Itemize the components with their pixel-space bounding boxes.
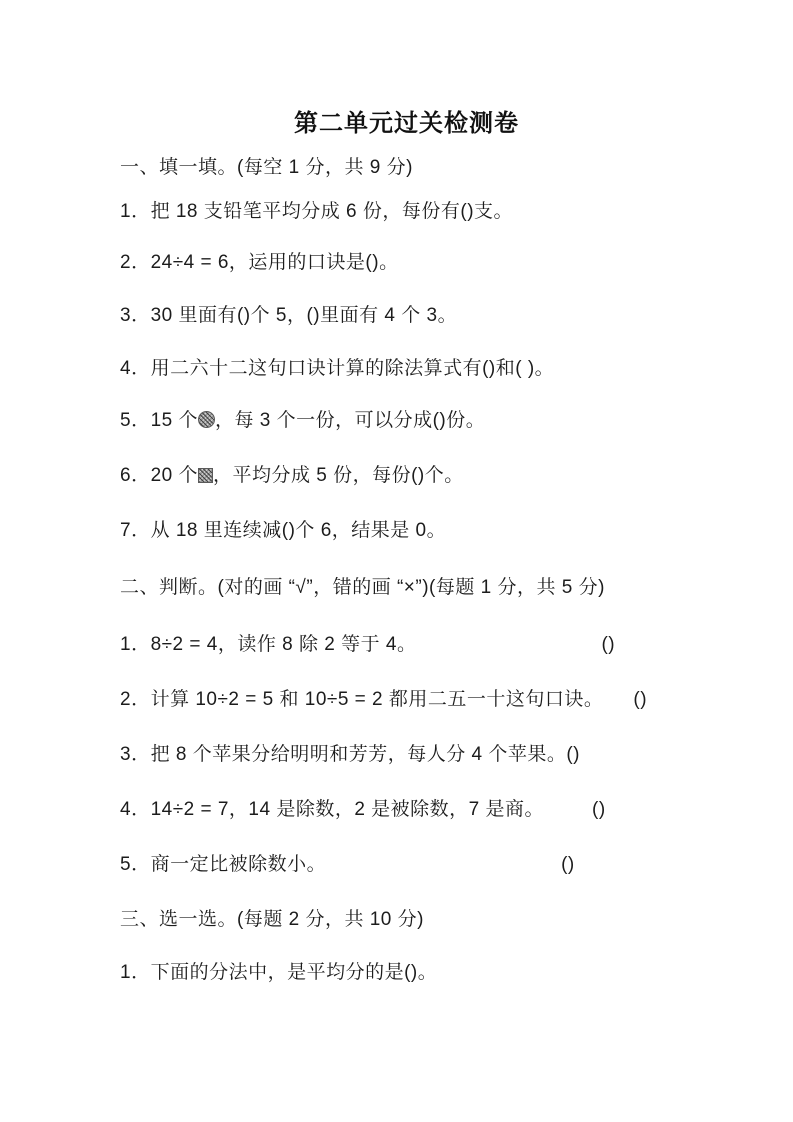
section3-heading: 三、选一选。(每题 2 分，共 10 分) [120,907,693,933]
question-text: ，每 3 个一份，可以分成()份。 [215,410,485,431]
section2-question-2: 2．计算 10÷2 = 5 和 10÷5 = 2 都用二五一十这句口诀。() [120,687,693,713]
question-text: ，平均分成 5 份，每份()个。 [213,465,464,486]
question-text: 3．把 8 个苹果分给明明和芳芳，每人分 4 个苹果。 [120,744,566,765]
section2-question-4: 4．14÷2 = 7，14 是除数，2 是被除数，7 是商。() [120,797,693,823]
section2-question-5: 5．商一定比被除数小。() [120,852,693,878]
section1-question-6: 6．20 个，平均分成 5 份，每份()个。 [120,463,693,489]
page-title: 第二单元过关检测卷 [120,108,693,140]
answer-paren: () [633,689,647,710]
test-paper-page: 第二单元过关检测卷 一、填一填。(每空 1 分，共 9 分) 1．把 18 支铅… [0,0,793,1122]
hatched-square-icon [198,468,213,483]
answer-paren: () [601,634,615,655]
section1-question-5: 5．15 个，每 3 个一份，可以分成()份。 [120,408,693,434]
section1-heading: 一、填一填。(每空 1 分，共 9 分) [120,155,693,181]
question-text: 2．计算 10÷2 = 5 和 10÷5 = 2 都用二五一十这句口诀。 [120,689,603,710]
section1-question-4: 4．用二六十二这句口诀计算的除法算式有()和( )。 [120,356,693,382]
question-text: 5．15 个 [120,410,198,431]
answer-paren: () [561,854,575,875]
question-text: 6．20 个 [120,465,198,486]
section2-question-3: 3．把 8 个苹果分给明明和芳芳，每人分 4 个苹果。() [120,742,693,768]
section3-question-1: 1．下面的分法中，是平均分的是()。 [120,960,693,986]
answer-paren: () [566,744,580,765]
question-text: 5．商一定比被除数小。 [120,854,326,875]
section2-question-1: 1．8÷2 = 4，读作 8 除 2 等于 4。() [120,632,693,658]
question-text: 1．8÷2 = 4，读作 8 除 2 等于 4。 [120,634,416,655]
section1-question-2: 2．24÷4 = 6，运用的口诀是()。 [120,250,693,276]
section1-question-1: 1．把 18 支铅笔平均分成 6 份，每份有()支。 [120,199,693,225]
question-text: 4．14÷2 = 7，14 是除数，2 是被除数，7 是商。 [120,799,544,820]
section1-question-3: 3．30 里面有()个 5，()里面有 4 个 3。 [120,303,693,329]
answer-paren: () [592,799,606,820]
section2-heading: 二、判断。(对的画 “√”，错的画 “×”)(每题 1 分，共 5 分) [120,575,693,601]
hatched-circle-icon [198,411,215,428]
section1-question-7: 7．从 18 里连续减()个 6，结果是 0。 [120,518,693,544]
